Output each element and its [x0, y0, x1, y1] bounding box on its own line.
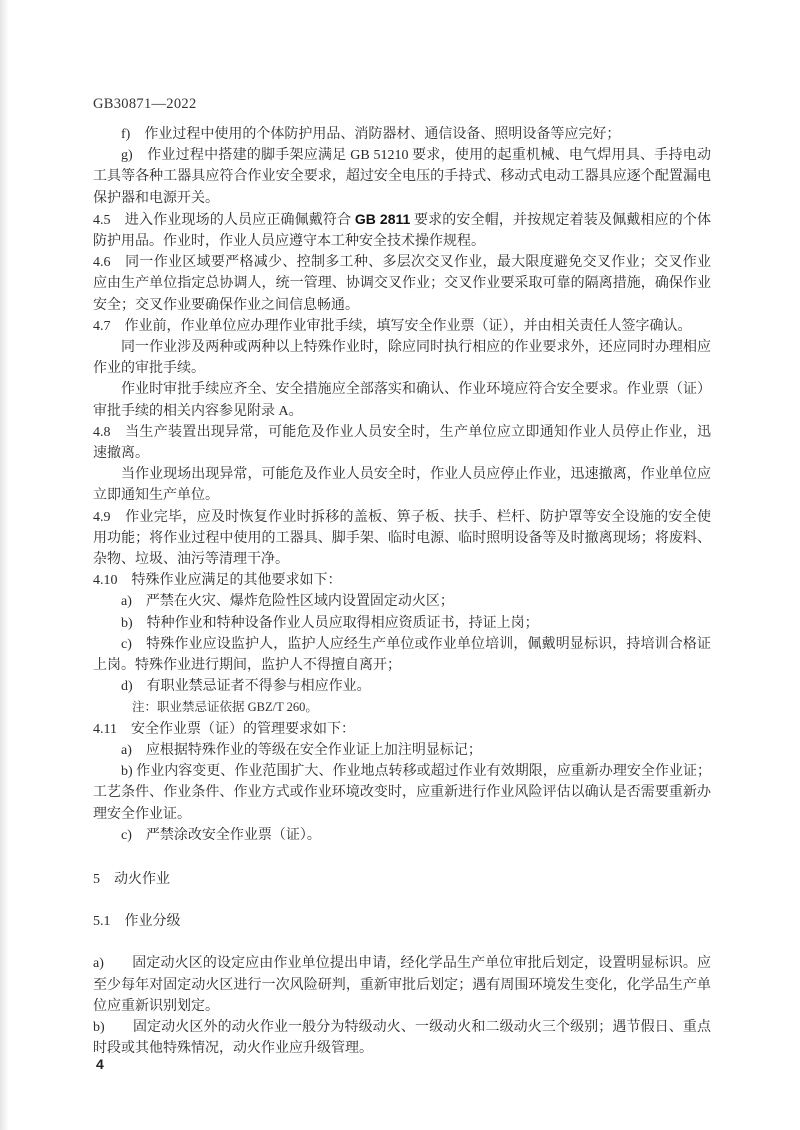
text-run: 当作业现场出现异常，可能危及作业人员安全时，作业人员应停止作业，迅速撤离，作业单…	[93, 467, 711, 503]
text-run: 5 动火作业	[93, 872, 170, 887]
paragraph: b) 作业内容变更、作业范围扩大、作业地点转移或超过作业有效期限，应重新办理安全…	[93, 761, 711, 825]
text-run: 同一作业涉及两种或两种以上特殊作业时，除应同时执行相应的作业要求外，还应同时办理…	[93, 340, 711, 376]
text-run: b) 特种作业和特种设备作业人员应取得相应资质证书，持证上岗；	[121, 616, 539, 631]
document-content: GB30871—2022 f) 作业过程中使用的个体防护用品、消防器材、通信设备…	[93, 94, 711, 1059]
document-page: { "document": { "header": "GB30871—2022"…	[0, 0, 800, 1130]
text-run: b) 作业内容变更、作业范围扩大、作业地点转移或超过作业有效期限，应重新办理安全…	[93, 764, 711, 821]
subsection-heading: 5.1 作业分级	[93, 911, 711, 932]
text-run: 注：职业禁忌证依据 GBZ/T 260。	[132, 700, 318, 714]
paragraph: d) 有职业禁忌证者不得参与相应作业。	[93, 676, 711, 697]
paragraph: 当作业现场出现异常，可能危及作业人员安全时，作业人员应停止作业，迅速撤离，作业单…	[93, 464, 711, 506]
text-run: 4.11 安全作业票（证）的管理要求如下：	[93, 722, 355, 737]
text-run: c) 特殊作业应设监护人，监护人应经生产单位或作业单位培训，佩戴明显标识，持培训…	[93, 637, 711, 673]
text-run: g) 作业过程中搭建的脚手架应满足 GB 51210 要求，使用的起重机械、电气…	[93, 148, 711, 205]
text-run: 4.8 当生产装置出现异常，可能危及作业人员安全时，生产单位应立即通知作业人员停…	[93, 425, 711, 461]
paragraph: c) 严禁涂改安全作业票（证）。	[93, 825, 711, 846]
paragraph: 作业时审批手续应齐全、安全措施应全部落实和确认、作业环境应符合安全要求。作业票（…	[93, 379, 711, 421]
text-run: 作业时审批手续应齐全、安全措施应全部落实和确认、作业环境应符合安全要求。作业票（…	[93, 382, 711, 418]
standard-reference: GB 2811	[355, 211, 410, 227]
paragraph: a) 应根据特殊作业的等级在安全作业证上加注明显标记；	[93, 740, 711, 761]
page-edge-shadow	[0, 0, 9, 1130]
paragraph: 4.8 当生产装置出现异常，可能危及作业人员安全时，生产单位应立即通知作业人员停…	[93, 422, 711, 464]
paragraph: 4.7 作业前，作业单位应办理作业审批手续，填写安全作业票（证），并由相关责任人…	[93, 316, 711, 337]
paragraph: b) 固定动火区外的动火作业一般分为特级动火、一级动火和二级动火三个级别；遇节假…	[93, 1017, 711, 1059]
section-heading: 5 动火作业	[93, 869, 711, 890]
text-run: a) 应根据特殊作业的等级在安全作业证上加注明显标记；	[121, 743, 482, 758]
paragraph: a) 严禁在火灾、爆炸危险性区域内设置固定动火区；	[93, 591, 711, 612]
text-run: d) 有职业禁忌证者不得参与相应作业。	[121, 679, 371, 694]
paragraph: a) 固定动火区的设定应由作业单位提出申请，经化学品生产单位审批后划定，设置明显…	[93, 953, 711, 1017]
text-run: 4.5 进入作业现场的人员应正确佩戴符合	[93, 213, 355, 228]
document-body: f) 作业过程中使用的个体防护用品、消防器材、通信设备、照明设备等应完好；g) …	[93, 124, 711, 1059]
text-run: 4.7 作业前，作业单位应办理作业审批手续，填写安全作业票（证），并由相关责任人…	[93, 319, 692, 334]
text-run: 5.1 作业分级	[93, 914, 181, 929]
paragraph: b) 特种作业和特种设备作业人员应取得相应资质证书，持证上岗；	[93, 613, 711, 634]
text-run: 4.6 同一作业区域要严格减少、控制多工种、多层次交叉作业，最大限度避免交叉作业…	[93, 255, 711, 312]
paragraph: g) 作业过程中搭建的脚手架应满足 GB 51210 要求，使用的起重机械、电气…	[93, 145, 711, 209]
paragraph: c) 特殊作业应设监护人，监护人应经生产单位或作业单位培训，佩戴明显标识，持培训…	[93, 634, 711, 676]
paragraph: 同一作业涉及两种或两种以上特殊作业时，除应同时执行相应的作业要求外，还应同时办理…	[93, 337, 711, 379]
text-run: 4.9 作业完毕，应及时恢复作业时拆移的盖板、箅子板、扶手、栏杆、防护罩等安全设…	[93, 510, 711, 567]
paragraph: 4.9 作业完毕，应及时恢复作业时拆移的盖板、箅子板、扶手、栏杆、防护罩等安全设…	[93, 507, 711, 571]
note-paragraph: 注：职业禁忌证依据 GBZ/T 260。	[93, 697, 711, 718]
page-number: 4	[96, 1056, 104, 1072]
document-header: GB30871—2022	[93, 94, 711, 115]
paragraph: 4.11 安全作业票（证）的管理要求如下：	[93, 719, 711, 740]
text-run: a) 固定动火区的设定应由作业单位提出申请，经化学品生产单位审批后划定，设置明显…	[93, 956, 711, 1013]
text-run: 4.10 特殊作业应满足的其他要求如下：	[93, 573, 342, 588]
paragraph: 4.5 进入作业现场的人员应正确佩戴符合 GB 2811 要求的安全帽，并按规定…	[93, 209, 711, 252]
text-run: c) 严禁涂改安全作业票（证）。	[121, 828, 321, 843]
paragraph: 4.6 同一作业区域要严格减少、控制多工种、多层次交叉作业，最大限度避免交叉作业…	[93, 252, 711, 316]
text-run: b) 固定动火区外的动火作业一般分为特级动火、一级动火和二级动火三个级别；遇节假…	[93, 1020, 711, 1056]
paragraph: 4.10 特殊作业应满足的其他要求如下：	[93, 570, 711, 591]
text-run: a) 严禁在火灾、爆炸危险性区域内设置固定动火区；	[121, 594, 454, 609]
paragraph: f) 作业过程中使用的个体防护用品、消防器材、通信设备、照明设备等应完好；	[93, 124, 711, 145]
text-run: f) 作业过程中使用的个体防护用品、消防器材、通信设备、照明设备等应完好；	[121, 127, 620, 142]
